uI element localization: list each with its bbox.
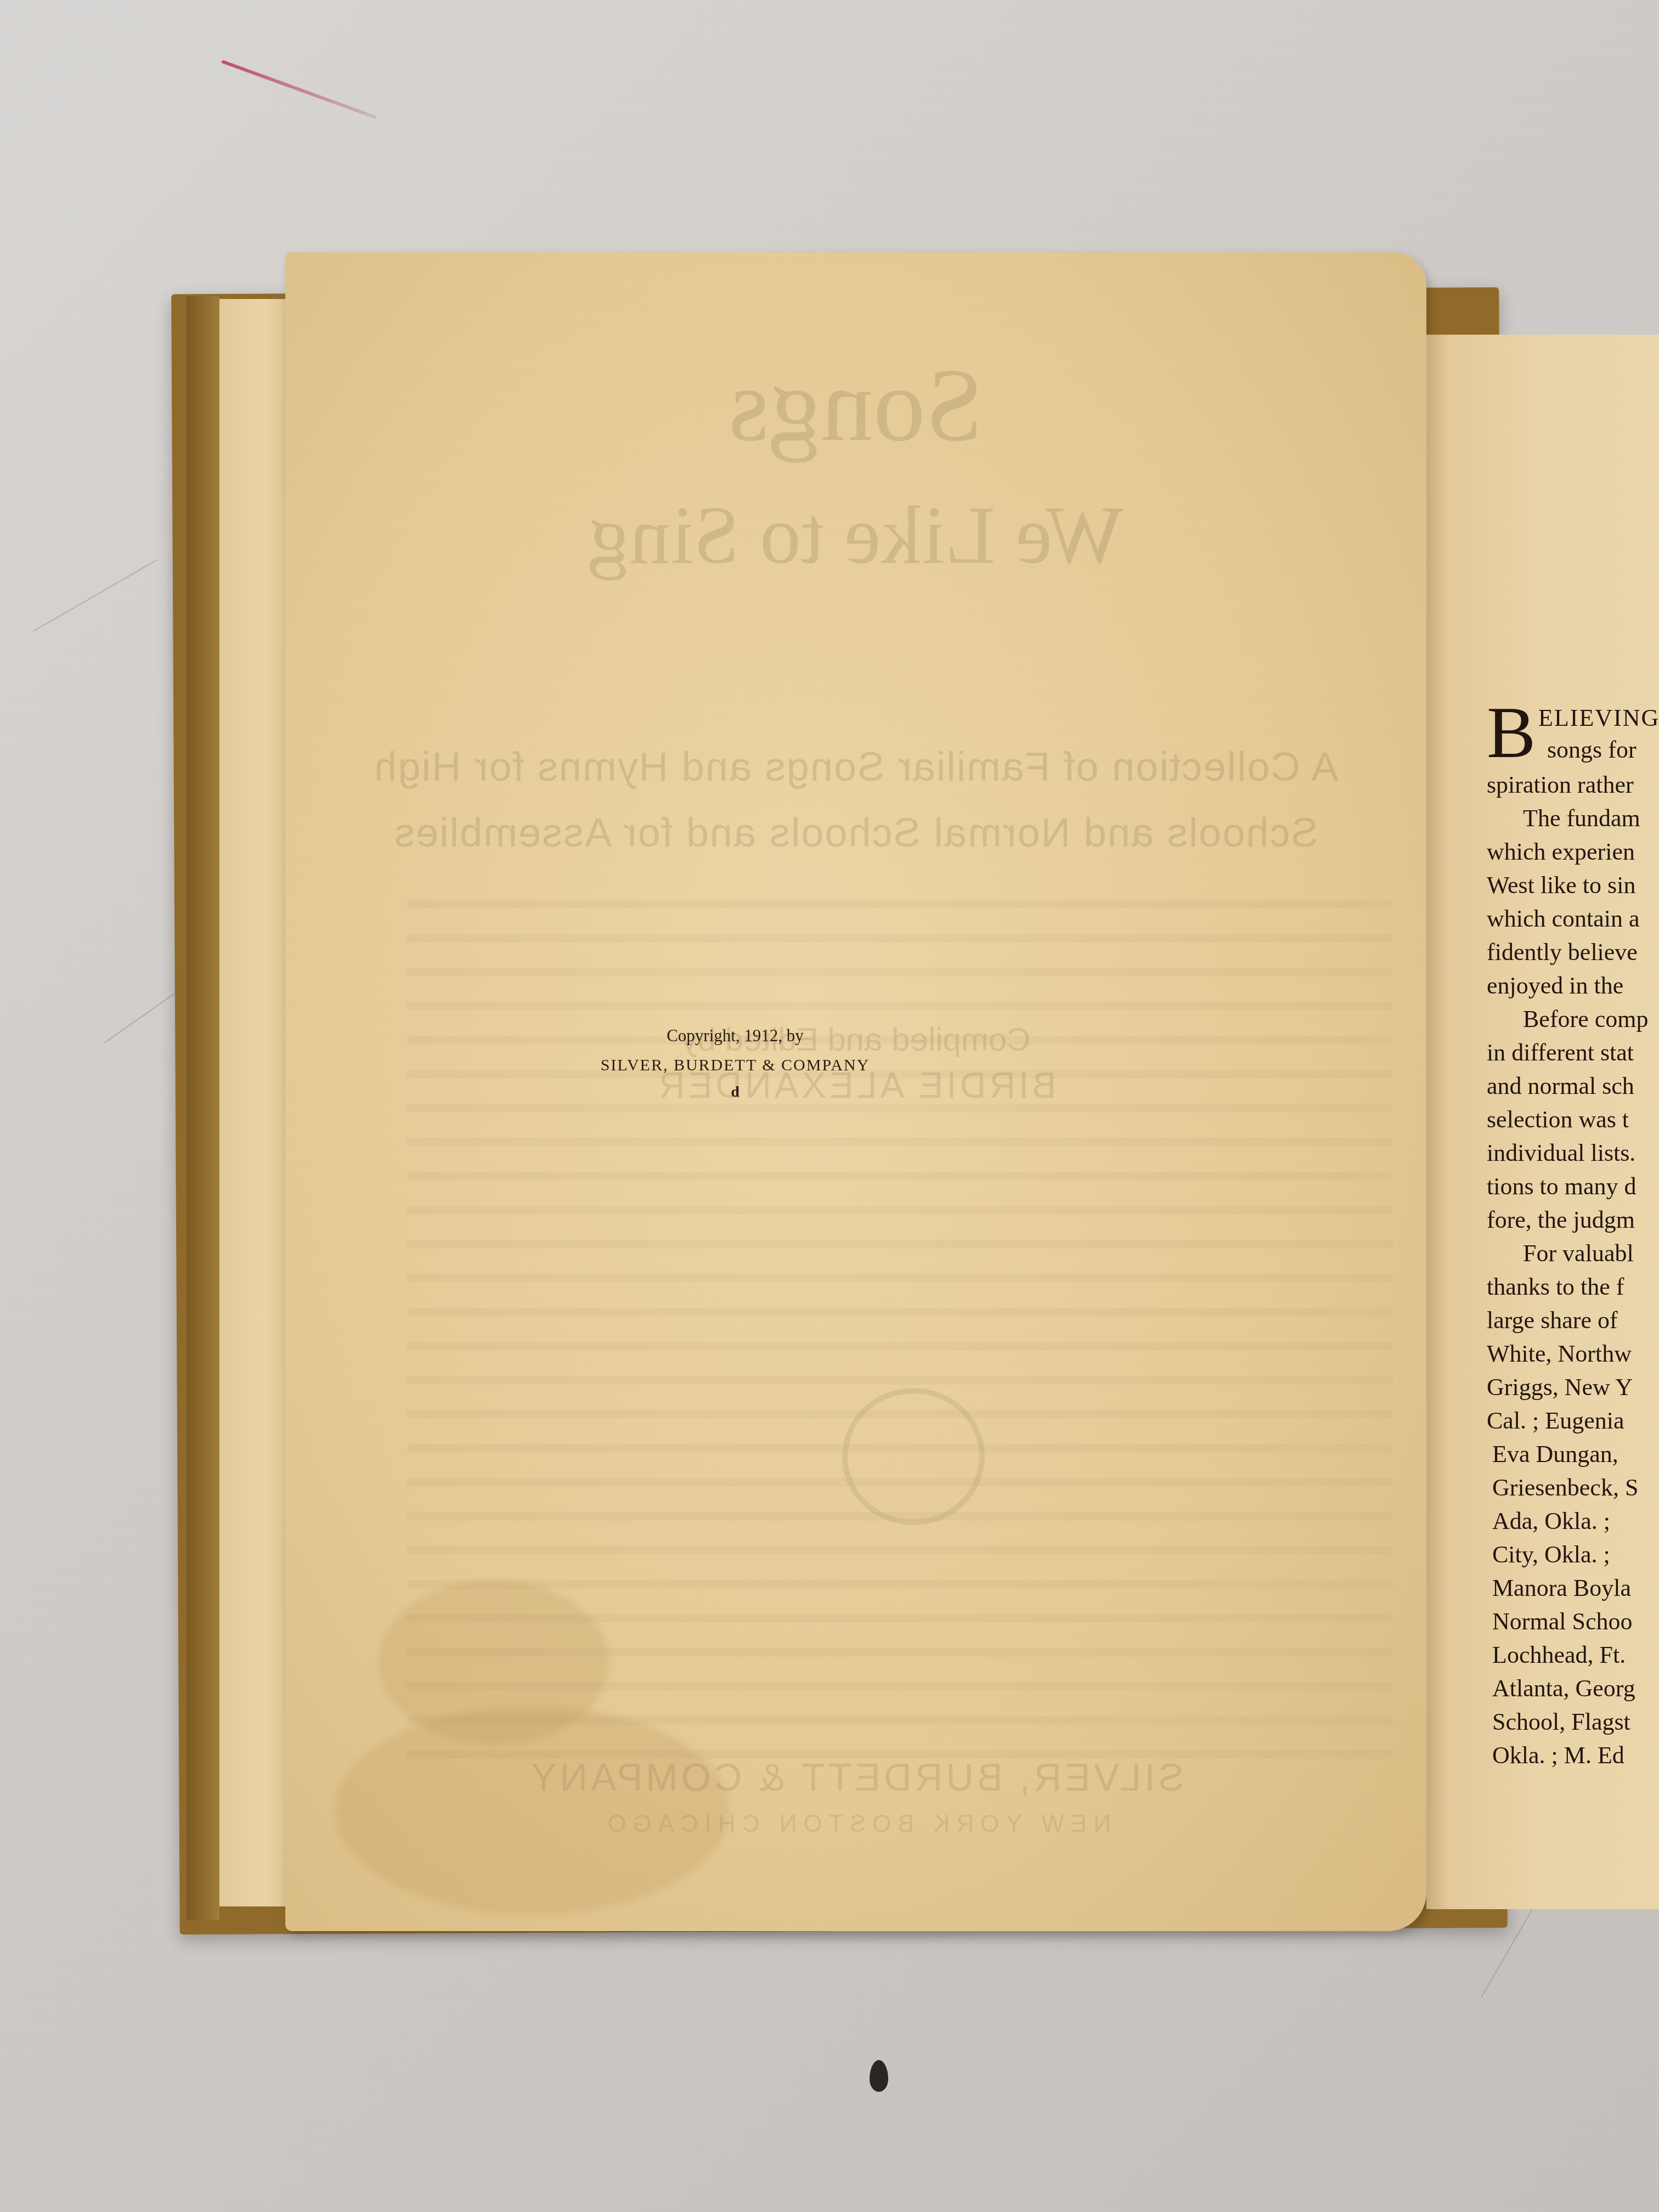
bleed-through-description: A Collection of Familiar Songs and Hymns… — [285, 743, 1426, 790]
text-line: spiration rather — [1487, 768, 1659, 802]
pen-mark-on-table — [221, 60, 377, 119]
text-line: Normal Schoo — [1487, 1605, 1659, 1638]
text-line: Eva Dungan, — [1487, 1437, 1659, 1471]
text-line: White, Northw — [1487, 1337, 1659, 1370]
bleed-through-description: Schools and Normal Schools and for Assem… — [285, 809, 1426, 856]
copyright-publisher: SILVER, BURDETT & COMPANY — [165, 1056, 1306, 1075]
bleed-through-publisher: SILVER, BURDETT & COMPANY — [285, 1756, 1426, 1799]
bleed-through-title: Songs — [285, 346, 1426, 465]
text-line: City, Okla. ; — [1487, 1538, 1659, 1571]
text-line: Okla. ; M. Ed — [1487, 1739, 1659, 1772]
text-line: thanks to the f — [1487, 1270, 1659, 1304]
text-line: which contain a — [1487, 902, 1659, 935]
text-line: in different stat — [1487, 1036, 1659, 1069]
text-line: and normal sch — [1487, 1069, 1659, 1103]
text-line: individual lists. — [1487, 1136, 1659, 1170]
text-line: fidently believe — [1487, 935, 1659, 969]
copyright-line: Copyright, 1912, by — [165, 1026, 1306, 1046]
text-line: Ada, Okla. ; — [1487, 1504, 1659, 1538]
debris-on-table — [870, 2060, 888, 2092]
text-line: enjoyed in the — [1487, 969, 1659, 1002]
dropcap-letter: B — [1487, 697, 1536, 768]
text-line: The fundam — [1487, 802, 1659, 835]
text-line: which experien — [1487, 835, 1659, 868]
text-line: Cal. ; Eugenia — [1487, 1404, 1659, 1437]
text-line: Lochhead, Ft. — [1487, 1638, 1659, 1672]
bleed-through-subtitle: We Like to Sing — [285, 488, 1426, 583]
bleed-through-cities: NEW YORK BOSTON CHICAGO — [285, 1810, 1426, 1838]
text-line: Griesenbeck, S — [1487, 1471, 1659, 1504]
table-scratch — [33, 560, 157, 632]
text-line: tions to many d — [1487, 1170, 1659, 1203]
text-line: Atlanta, Georg — [1487, 1672, 1659, 1705]
copyright-mark: d — [165, 1084, 1306, 1101]
text-line: Manora Boyla — [1487, 1571, 1659, 1605]
text-line: ELIEVING — [1538, 701, 1659, 735]
text-line: School, Flagst — [1487, 1705, 1659, 1739]
text-line: Griggs, New Y — [1487, 1370, 1659, 1404]
left-page: Songs We Like to Sing A Collection of Fa… — [285, 252, 1426, 1931]
text-line: Before comp — [1487, 1002, 1659, 1036]
text-line: selection was t — [1487, 1103, 1659, 1136]
publisher-emblem-icon — [842, 1388, 985, 1525]
text-line: For valuabl — [1487, 1237, 1659, 1270]
text-line: West like to sin — [1487, 868, 1659, 902]
text-line: fore, the judgm — [1487, 1203, 1659, 1237]
preface-text: B ELIEVING songs for spiration rather Th… — [1487, 701, 1659, 1772]
text-line: songs for — [1547, 733, 1637, 766]
text-line: large share of — [1487, 1304, 1659, 1337]
book-spine-edge — [187, 296, 219, 1920]
